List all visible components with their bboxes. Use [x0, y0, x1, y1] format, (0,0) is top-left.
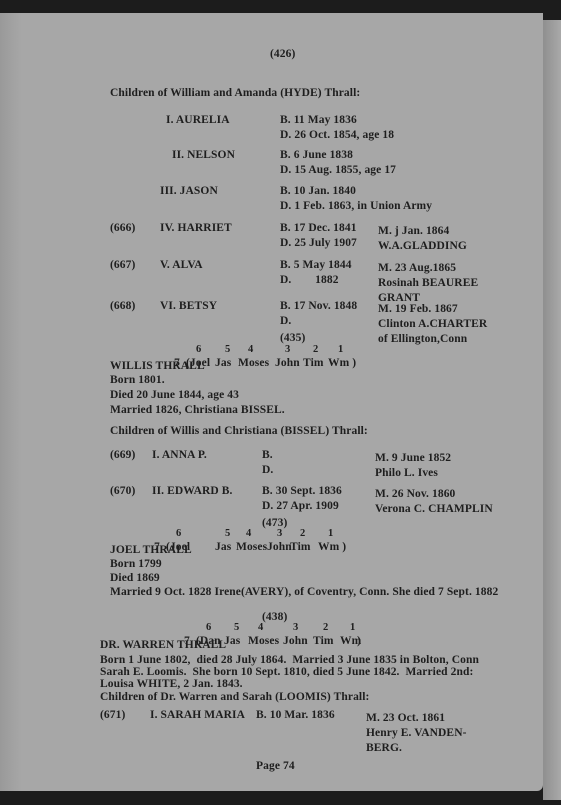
child-william-4-died: D. 25 July 1907 [280, 236, 357, 251]
warren-lineage-num-5: 1 [350, 622, 355, 633]
willis-lineage-num-0: 6 [196, 344, 201, 355]
person-name-joel: JOEL THRALL [110, 543, 192, 558]
person-name-willis: WILLIS THRALL [110, 359, 205, 374]
section-heading-warren: Children of Dr. Warren and Sarah (LOOMIS… [100, 690, 369, 705]
child-willis-2-ref: (670) [110, 484, 135, 499]
child-warren-1-ref: (671) [100, 708, 125, 723]
child-warren-1-born: B. 10 Mar. 1836 [256, 708, 335, 723]
child-warren-1-married-2: BERG. [366, 741, 402, 756]
child-william-6-married-2: of Ellington,Conn [378, 332, 467, 347]
warren-lineage-4: Tim [313, 634, 334, 649]
warren-lineage-num-0: 6 [206, 622, 211, 633]
next-page-edge [543, 20, 561, 800]
child-william-5-name: V. ALVA [160, 258, 203, 273]
child-william-3-born: B. 10 Jan. 1840 [280, 184, 356, 199]
child-william-5-died: D. 1882 [280, 273, 339, 288]
joel-lineage-5: Wm ) [318, 540, 346, 555]
child-william-6-died: D. [280, 314, 291, 329]
child-william-2-name: II. NELSON [172, 148, 235, 163]
joel-lineage-num-1: 5 [225, 528, 230, 539]
joel-lineage-num-0: 6 [176, 528, 181, 539]
warren-lineage-1: Jas [224, 634, 240, 649]
joel-line-0: Born 1799 [110, 557, 162, 572]
willis-lineage-2: Moses [238, 356, 269, 371]
willis-lineage-4: Tim [303, 356, 324, 371]
warren-lineage-num-3: 3 [293, 622, 298, 633]
warren-lineage-num-4: 2 [323, 622, 328, 633]
page-binding-edge [0, 13, 22, 791]
joel-lineage-2: Moses [236, 540, 267, 555]
child-willis-2-married-0: M. 26 Nov. 1860 [375, 487, 455, 502]
willis-lineage-num-5: 1 [338, 344, 343, 355]
child-william-4-ref: (666) [110, 221, 135, 236]
child-william-3-died: D. 1 Feb. 1863, in Union Army [280, 199, 432, 214]
child-willis-2-name: II. EDWARD B. [152, 484, 233, 499]
child-william-6-ref: (668) [110, 299, 135, 314]
warren-lineage-num-2: 4 [258, 622, 263, 633]
child-willis-2-married-1: Verona C. CHAMPLIN [375, 502, 493, 517]
warren-lineage-2: Moses [248, 634, 279, 649]
joel-lineage-num-4: 2 [300, 528, 305, 539]
joel-lineage-num-3: 3 [277, 528, 282, 539]
child-william-1-died: D. 26 Oct. 1854, age 18 [280, 128, 394, 143]
person-name-warren: DR. WARREN THRALL [100, 638, 226, 653]
child-william-4-born: B. 17 Dec. 1841 [280, 221, 357, 236]
warren-lineage-3: John [283, 634, 308, 649]
child-warren-1-married-1: Henry E. VANDEN- [366, 726, 467, 741]
child-william-6-married-0: M. 19 Feb. 1867 [378, 302, 458, 317]
page-ref-top: (426) [270, 47, 295, 62]
child-willis-1-ref: (669) [110, 448, 135, 463]
willis-lineage-num-4: 2 [313, 344, 318, 355]
joel-lineage-num-2: 4 [246, 528, 251, 539]
willis-lineage-num-3: 3 [285, 344, 290, 355]
child-warren-1-married-0: M. 23 Oct. 1861 [366, 711, 445, 726]
child-william-5-married-0: M. 23 Aug.1865 [378, 261, 456, 276]
child-willis-1-married-1: Philo L. Ives [375, 466, 438, 481]
child-william-4-married-1: W.A.GLADDING [378, 239, 467, 254]
child-william-4-name: IV. HARRIET [160, 221, 232, 236]
warren-lineage-num-1: 5 [234, 622, 239, 633]
page-ref-438: (438) [262, 610, 287, 625]
child-willis-1-born: B. [262, 448, 273, 463]
willis-line-2: Married 1826, Christiana BISSEL. [110, 403, 285, 418]
child-william-5-ref: (667) [110, 258, 135, 273]
child-willis-1-name: I. ANNA P. [152, 448, 207, 463]
warren-lineage-6: ) [357, 634, 361, 649]
joel-lineage-3: John [267, 540, 292, 555]
joel-lineage-1: Jas [215, 540, 231, 555]
section-heading-willis: Children of Willis and Christiana (BISSE… [110, 424, 368, 439]
child-william-4-married-0: M. j Jan. 1864 [378, 224, 449, 239]
willis-lineage-3: John [275, 356, 300, 371]
willis-line-1: Died 20 June 1844, age 43 [110, 388, 239, 403]
child-william-1-born: B. 11 May 1836 [280, 113, 357, 128]
joel-lineage-4: Tim [290, 540, 311, 555]
child-william-5-born: B. 5 May 1844 [280, 258, 352, 273]
page-ref-435: (435) [280, 331, 305, 346]
child-william-2-died: D. 15 Aug. 1855, age 17 [280, 163, 396, 178]
section-heading-william: Children of William and Amanda (HYDE) Th… [110, 86, 360, 101]
child-william-5-married-1: Rosinah BEAUREE [378, 276, 478, 291]
child-william-3-name: III. JASON [160, 184, 218, 199]
child-willis-2-born: B. 30 Sept. 1836 [262, 484, 342, 499]
child-william-2-born: B. 6 June 1838 [280, 148, 353, 163]
willis-lineage-num-1: 5 [225, 344, 230, 355]
child-william-6-married-1: Clinton A.CHARTER [378, 317, 487, 332]
child-warren-1-name: I. SARAH MARIA [150, 708, 245, 723]
joel-line-1: Died 1869 [110, 571, 160, 586]
child-william-1-name: I. AURELIA [166, 113, 230, 128]
joel-lineage-num-5: 1 [328, 528, 333, 539]
page-footer: Page 74 [256, 759, 295, 774]
willis-lineage-num-2: 4 [248, 344, 253, 355]
child-willis-1-married-0: M. 9 June 1852 [375, 451, 451, 466]
page-ref-473: (473) [262, 516, 287, 531]
willis-lineage-5: Wm ) [328, 356, 356, 371]
child-william-6-born: B. 17 Nov. 1848 [280, 299, 357, 314]
joel-line-2: Married 9 Oct. 1828 Irene(AVERY), of Cov… [110, 585, 498, 600]
willis-lineage-1: Jas [215, 356, 231, 371]
child-william-6-name: VI. BETSY [160, 299, 217, 314]
child-willis-2-died: D. 27 Apr. 1909 [262, 499, 339, 514]
willis-line-0: Born 1801. [110, 373, 165, 388]
child-willis-1-died: D. [262, 463, 273, 478]
